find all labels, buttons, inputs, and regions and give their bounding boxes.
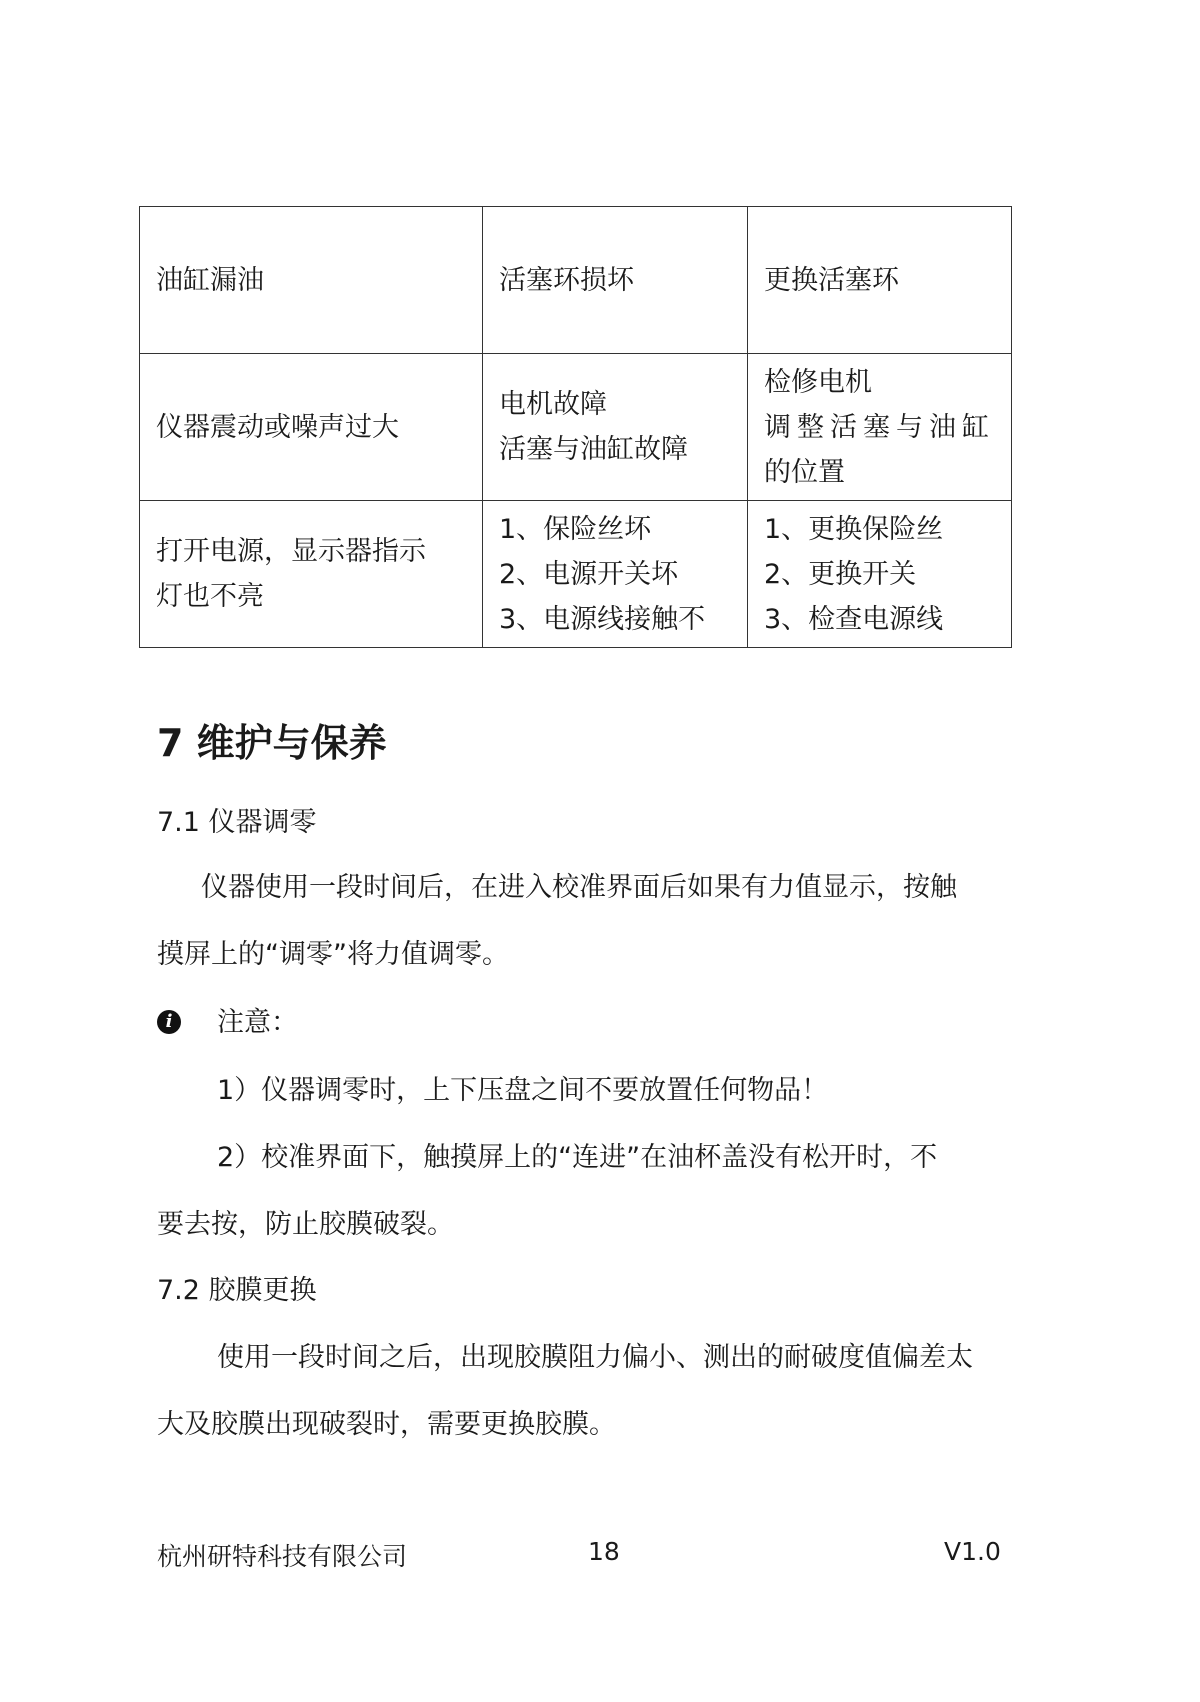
section-heading: 7 维护与保养 [157, 712, 387, 767]
remedy-cell: 更换活塞环 [748, 207, 1012, 354]
remedy-cell: 检修电机 调整活塞与油缸 的位置 [748, 354, 1012, 501]
footer-version: V1.0 [944, 1537, 1001, 1566]
paragraph-line: 仪器使用一段时间后，在进入校准界面后如果有力值显示，按触 [201, 865, 1101, 904]
table-row: 打开电源，显示器指示 灯也不亮 1、保险丝坏 2、电源开关坏 3、电源线接触不 … [140, 501, 1012, 648]
subsection-heading-zeroing: 7.1 仪器调零 [157, 800, 317, 839]
paragraph-line: 摸屏上的“调零”将力值调零。 [157, 932, 1057, 971]
table-row: 仪器震动或噪声过大 电机故障 活塞与油缸故障 检修电机 调整活塞与油缸 的位置 [140, 354, 1012, 501]
note-item: 2）校准界面下，触摸屏上的“连进”在油杯盖没有松开时，不 [217, 1135, 1117, 1174]
footer-page-number: 18 [588, 1537, 620, 1566]
cause-cell: 1、保险丝坏 2、电源开关坏 3、电源线接触不 [483, 501, 748, 648]
table-row: 油缸漏油 活塞环损坏 更换活塞环 [140, 207, 1012, 354]
symptom-cell: 油缸漏油 [140, 207, 483, 354]
document-page: 油缸漏油 活塞环损坏 更换活塞环 仪器震动或噪声过大 电机故障 活塞与油缸故障 … [0, 0, 1200, 1702]
remedy-cell: 1、更换保险丝 2、更换开关 3、检查电源线 [748, 501, 1012, 648]
symptom-cell: 仪器震动或噪声过大 [140, 354, 483, 501]
note-item-continuation: 要去按，防止胶膜破裂。 [157, 1202, 1057, 1241]
footer-company: 杭州研特科技有限公司 [157, 1537, 407, 1573]
paragraph-line: 使用一段时间之后，出现胶膜阻力偏小、测出的耐破度值偏差太 [217, 1335, 1117, 1374]
note-label: 注意： [217, 1000, 1117, 1039]
note-item: 1）仪器调零时，上下压盘之间不要放置任何物品！ [217, 1068, 1117, 1107]
troubleshooting-table: 油缸漏油 活塞环损坏 更换活塞环 仪器震动或噪声过大 电机故障 活塞与油缸故障 … [139, 206, 1012, 648]
paragraph-line: 大及胶膜出现破裂时，需要更换胶膜。 [157, 1402, 1057, 1441]
info-icon: i [157, 1010, 181, 1034]
cause-cell: 电机故障 活塞与油缸故障 [483, 354, 748, 501]
cause-cell: 活塞环损坏 [483, 207, 748, 354]
subsection-heading-membrane: 7.2 胶膜更换 [157, 1268, 317, 1307]
symptom-cell: 打开电源，显示器指示 灯也不亮 [140, 501, 483, 648]
